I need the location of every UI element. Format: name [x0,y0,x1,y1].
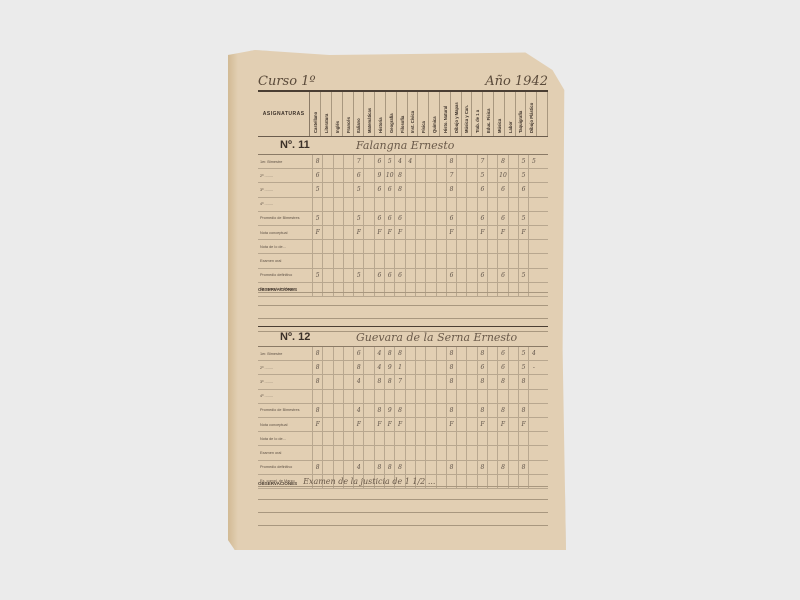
grade-cell [415,432,425,445]
grade-cell [487,169,497,182]
grade-cell [518,198,528,211]
grade-cell [528,461,538,474]
grade-cell [374,240,384,253]
grade-cell [343,240,353,253]
subject-column-header: Inst. Cívica [408,92,419,136]
grade-cell [508,461,518,474]
grade-cell [446,240,456,253]
grade-cell [374,198,384,211]
grade-cell: F [312,418,322,431]
grade-cell [487,390,497,403]
grade-cell [528,254,538,267]
grade-row: 3º ........556688666 [258,183,548,197]
grade-cell [487,254,497,267]
grade-cell [466,461,476,474]
grade-cell [456,375,466,388]
grade-cell [508,446,518,459]
grade-cell [405,240,415,253]
grade-cell [456,254,466,267]
grade-cell: 4 [353,404,363,417]
grade-cell: 10 [497,169,507,182]
grade-cell [333,418,343,431]
grade-cell [508,212,518,225]
course-label: Curso 1º [258,74,316,89]
grade-cell [456,212,466,225]
grade-cell [508,432,518,445]
grade-cell [425,169,435,182]
grade-cell: 8 [384,347,394,360]
grade-cell: 8 [312,461,322,474]
grade-cell [322,240,332,253]
grade-cell: F [518,418,528,431]
subject-column-header: Taquigrafía [516,92,527,136]
grade-cell [343,418,353,431]
grade-cell [405,461,415,474]
grade-cell [322,226,332,239]
grade-cell [425,347,435,360]
grade-cell: 8 [446,404,456,417]
grade-cell: 8 [446,183,456,196]
subject-column-header: Dibujo y Mapas [451,92,462,136]
grade-cell [312,254,322,267]
grade-cell: 5 [528,155,538,168]
grade-cell [508,390,518,403]
grade-cell [497,240,507,253]
grade-row: Examen oral [258,446,548,460]
grade-cell [508,375,518,388]
grade-cell [363,183,373,196]
grade-cell [466,446,476,459]
grade-cell [466,361,476,374]
grade-cell: 6 [477,212,487,225]
grade-cell: 4 [374,361,384,374]
grade-cell [436,432,446,445]
grade-cell [415,375,425,388]
grade-cell: 5 [353,183,363,196]
grade-cell [436,198,446,211]
subject-column-header: Trab. de 1 a [472,92,483,136]
grade-cell [487,461,497,474]
grade-cell [456,404,466,417]
subject-name: Física [421,121,426,133]
grade-cell: 8 [446,461,456,474]
grade-cell [363,240,373,253]
grade-cell [322,183,332,196]
grade-cell [333,347,343,360]
grade-cell [343,404,353,417]
grade-cell [487,198,497,211]
grade-cell [343,432,353,445]
grade-cell: 5 [384,155,394,168]
subject-column-header: Educ. Física [483,92,494,136]
grade-cell [456,432,466,445]
grade-cell [518,254,528,267]
grade-cell: 8 [446,155,456,168]
grade-cell [394,240,404,253]
grade-cell [436,461,446,474]
grade-cell [405,212,415,225]
row-label: Examen oral [258,446,312,459]
grade-cell [528,169,538,182]
grade-cell: 6 [497,212,507,225]
subject-name: Música [497,119,502,133]
grade-cell [528,432,538,445]
grade-cell [405,446,415,459]
grade-cell [466,418,476,431]
subject-name: Geografía [389,113,394,133]
grade-cell [343,361,353,374]
grade-row: Examen oral [258,254,548,268]
grade-cell [456,390,466,403]
grade-cell: 8 [312,375,322,388]
grade-cell [528,446,538,459]
grade-cell: F [353,418,363,431]
row-label: 3º ........ [258,375,312,388]
row-label: Nota conceptual [258,226,312,239]
grade-cell [322,169,332,182]
grade-cell [487,432,497,445]
grade-cell [363,375,373,388]
grade-cell [436,240,446,253]
grade-cell: 8 [518,461,528,474]
grade-cell: 8 [374,375,384,388]
grade-cell [363,390,373,403]
grade-cell [322,254,332,267]
grade-cell: 6 [497,183,507,196]
grade-cell [508,240,518,253]
subject-name: Inglés [335,121,340,133]
grade-cell [333,404,343,417]
row-label: 1er. Bimestre [258,347,312,360]
grade-cell [436,155,446,168]
subject-name: Inst. Cívica [410,111,415,133]
grade-cell [508,404,518,417]
grade-row: 3º ........848878888 [258,375,548,389]
grade-row: 4º ........ [258,390,548,404]
year-label: Año 1942 [485,74,548,89]
grade-cell: 8 [477,461,487,474]
grade-cell [477,240,487,253]
grade-cell: 5 [312,212,322,225]
row-label: 4º ........ [258,198,312,211]
grade-cell [456,347,466,360]
grade-cell [466,155,476,168]
grade-cell [343,226,353,239]
subjects-header-label: ASIGNATURAS [258,92,310,136]
row-label: 2º ........ [258,361,312,374]
grade-cell: 4 [394,155,404,168]
grade-cell: F [446,418,456,431]
observations-label: OBSERVACIONES [258,287,297,292]
grade-cell: 4 [528,347,538,360]
grade-cell [436,418,446,431]
grade-cell: F [446,226,456,239]
grade-cell: 8 [518,404,528,417]
grade-cell [415,446,425,459]
grade-cell [405,254,415,267]
grade-cell: 8 [477,404,487,417]
grade-cell [333,212,343,225]
grade-cell [477,432,487,445]
subject-column-header: Literatura [321,92,332,136]
grade-cell [508,169,518,182]
subject-column-header: Dibujo Plástico [526,92,537,136]
grade-cell [322,155,332,168]
grade-cell [322,418,332,431]
grade-cell: 8 [497,461,507,474]
grade-cell: F [312,226,322,239]
subject-column-header: Música y Can. [462,92,473,136]
grade-cell: 6 [374,212,384,225]
grade-row: Nota de lo de... [258,432,548,446]
grade-cell [363,361,373,374]
grade-cell [374,390,384,403]
grade-cell [425,183,435,196]
grade-cell [518,390,528,403]
observations-label: OBSERVACIONES [258,481,297,486]
grade-cell [487,183,497,196]
grade-cell [312,446,322,459]
grade-cell [405,361,415,374]
subject-column-header: Química [429,92,440,136]
grade-cell: 6 [446,212,456,225]
grade-row: Promedio definitivo848888888 [258,461,548,475]
grade-cell [466,212,476,225]
grade-row: 2º ........884918665- [258,361,548,375]
subject-column-header: Italiano [354,92,365,136]
subject-name: Filosofía [400,116,405,133]
grade-cell [322,375,332,388]
grade-cell [436,169,446,182]
grade-cell [456,418,466,431]
subject-name: Histo. Natural [443,106,448,133]
subject-column-header: Geografía [386,92,397,136]
grade-cell [446,254,456,267]
grade-cell [363,254,373,267]
subject-name: Matemáticas [367,108,372,133]
grade-cell: 6 [353,169,363,182]
grade-cell [415,254,425,267]
grade-cell [497,390,507,403]
grade-cell [343,212,353,225]
grade-cell [343,375,353,388]
grade-cell [487,226,497,239]
grade-cell [466,183,476,196]
grade-cell [436,404,446,417]
grade-cell [322,446,332,459]
grade-cell [374,254,384,267]
grade-cell [477,446,487,459]
grade-cell [528,404,538,417]
grade-cell: 5 [353,212,363,225]
grade-cell [312,198,322,211]
grade-cell [466,240,476,253]
grade-cell [353,240,363,253]
subject-name: Educ. Física [486,109,491,133]
grade-cell [333,240,343,253]
grade-cell [487,404,497,417]
subject-column-header: Filosofía [397,92,408,136]
grade-cell: 8 [477,347,487,360]
grade-cell [477,390,487,403]
grade-cell: 8 [394,347,404,360]
grade-cell [456,169,466,182]
grade-cell: 6 [374,183,384,196]
grade-cell [333,446,343,459]
grade-cell [363,432,373,445]
subject-name: Italiano [356,118,361,133]
subject-name: Dibujo Plástico [529,103,534,133]
grade-cell: 7 [477,155,487,168]
student-title: Nº. 12Guevara de la Serna Ernesto [258,328,548,347]
grade-cell [425,212,435,225]
row-label: Promedio de Bimestres [258,212,312,225]
grade-cell: 9 [374,169,384,182]
grade-cell [333,461,343,474]
grade-cell [466,254,476,267]
grade-cell [343,390,353,403]
grade-cell [384,446,394,459]
grade-cell [394,254,404,267]
grade-cell: F [394,226,404,239]
subject-name: Castellano [313,112,318,133]
grade-cell: 6 [477,183,487,196]
grade-cell [405,183,415,196]
grade-cell [446,390,456,403]
grade-cell [487,212,497,225]
grade-cell [343,169,353,182]
grade-cell: 4 [374,347,384,360]
grade-row: 2º ........66910875105 [258,169,548,183]
grade-cell [363,198,373,211]
grade-cell: 6 [518,183,528,196]
grade-cell [384,240,394,253]
grade-cell [508,254,518,267]
grade-cell: 8 [312,347,322,360]
grade-cell [415,390,425,403]
grade-cell [456,361,466,374]
grade-cell [415,347,425,360]
grade-cell [487,446,497,459]
grade-cell [322,390,332,403]
grade-cell [405,169,415,182]
subject-name: Labor [508,121,513,133]
grade-cell [322,212,332,225]
grade-cell: F [477,226,487,239]
school-record-sheet: Curso 1º Año 1942 ASIGNATURAS Castellano… [228,50,566,550]
grade-cell: 6 [384,212,394,225]
grade-cell [528,375,538,388]
grade-cell [415,169,425,182]
grade-cell [487,361,497,374]
grade-cell [363,226,373,239]
subjects-header-row: ASIGNATURAS CastellanoLiteraturaInglésFr… [258,90,548,137]
row-label: 3º ........ [258,183,312,196]
grade-cell [508,347,518,360]
subject-column-header: Inglés [332,92,343,136]
grade-cell [456,198,466,211]
grade-cell [312,432,322,445]
grade-cell: F [374,418,384,431]
grade-cell [425,361,435,374]
subject-column-header: Francés [343,92,354,136]
grade-cell: 1 [394,361,404,374]
grade-cell: 8 [394,461,404,474]
grade-cell: 8 [477,375,487,388]
grade-cell [415,240,425,253]
grade-cell [415,198,425,211]
grade-cell [405,347,415,360]
grade-cell [487,375,497,388]
grade-cell [528,198,538,211]
grade-cell [456,183,466,196]
grade-cell [436,347,446,360]
grade-cell [405,418,415,431]
observations-section-12: OBSERVACIONESExamen de la justicia de 1 … [258,474,548,526]
student-name: Falangna Ernesto [356,139,454,152]
grade-cell: 8 [394,404,404,417]
grade-cell [384,390,394,403]
subject-column-header: Física [418,92,429,136]
grade-cell: 8 [518,375,528,388]
grade-cell [456,155,466,168]
grade-cell [528,418,538,431]
grade-cell: 5 [518,347,528,360]
grade-cell [394,390,404,403]
grade-cell [508,155,518,168]
grade-cell [415,461,425,474]
grade-cell [456,461,466,474]
grade-cell [466,226,476,239]
grade-cell [466,432,476,445]
grade-cell [353,254,363,267]
grade-cell [405,404,415,417]
subject-name: Dibujo y Mapas [454,102,459,133]
grade-cell: 8 [394,183,404,196]
student-block-11: Nº. 11Falangna Ernesto1er. Bimestre87654… [258,136,548,297]
grade-cell [343,155,353,168]
grade-cell [508,183,518,196]
grade-cell [405,226,415,239]
grade-cell: F [374,226,384,239]
grade-cell [363,169,373,182]
grade-cell [518,432,528,445]
grade-cell [425,461,435,474]
grade-cell [497,198,507,211]
grade-cell: 8 [374,404,384,417]
grade-cell [528,212,538,225]
grade-cell: 9 [384,404,394,417]
grade-cell [363,418,373,431]
subject-column-header: Matemáticas [364,92,375,136]
grade-cell [446,198,456,211]
row-label: 2º ........ [258,169,312,182]
grade-cell [322,404,332,417]
grade-cell [466,169,476,182]
grade-cell: - [528,361,538,374]
grade-row: Promedio de Bimestres848988888 [258,404,548,418]
grade-cell [312,390,322,403]
grade-cell [487,418,497,431]
grade-cell: F [384,418,394,431]
grade-cell [363,404,373,417]
grade-cell [322,198,332,211]
grade-cell: 8 [374,461,384,474]
grade-cell: 5 [518,212,528,225]
grade-row: Nota de lo de... [258,240,548,254]
grade-cell [508,361,518,374]
grade-cell [446,446,456,459]
